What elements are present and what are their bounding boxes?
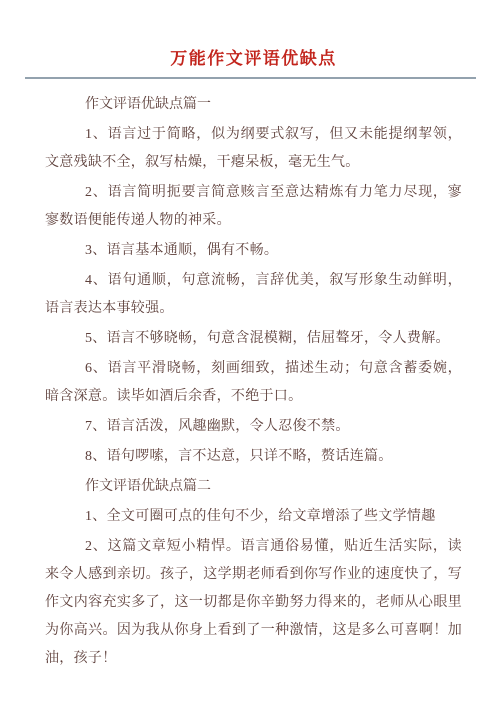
paragraph: 6、语言平滑晓畅，刻画细致，描述生动；句意含蓄委婉，暗含深意。读毕如酒后余香，不… xyxy=(45,355,462,411)
section-heading: 作文评语优缺点篇二 xyxy=(45,473,462,501)
paragraph: 1、全文可圈可点的佳句不少，给文章增添了些文学情趣 xyxy=(45,503,462,531)
paragraph: 1、语言过于简略，似为纲要式叙写，但又未能提纲挈领，文意残缺不全，叙写枯燥，干瘪… xyxy=(45,121,462,177)
paragraph: 8、语句啰嗦，言不达意，只详不略，赘话连篇。 xyxy=(45,443,462,471)
document-page: 万能作文评语优缺点 作文评语优缺点篇一 1、语言过于简略，似为纲要式叙写，但又未… xyxy=(0,0,500,707)
paragraph: 2、这篇文章短小精悍。语言通俗易懂，贴近生活实际，读来令人感到亲切。孩子，这学期… xyxy=(45,533,462,673)
paragraph: 5、语言不够晓畅，句意含混模糊，佶屈聱牙，令人费解。 xyxy=(45,325,462,353)
paragraph: 2、语言简明扼要言简意赅言至意达精炼有力笔力尽现，寥寥数语便能传递人物的神采。 xyxy=(45,179,462,235)
paragraph: 7、语言活泼，风趣幽默，令人忍俊不禁。 xyxy=(45,413,462,441)
paragraph: 3、语言基本通顺，偶有不畅。 xyxy=(45,237,462,265)
document-title: 万能作文评语优缺点 xyxy=(45,48,462,70)
section-heading: 作文评语优缺点篇一 xyxy=(45,91,462,119)
paragraph: 4、语句通顺，句意流畅，言辞优美，叙写形象生动鲜明，语言表达本事较强。 xyxy=(45,267,462,323)
title-divider-line xyxy=(25,77,476,79)
